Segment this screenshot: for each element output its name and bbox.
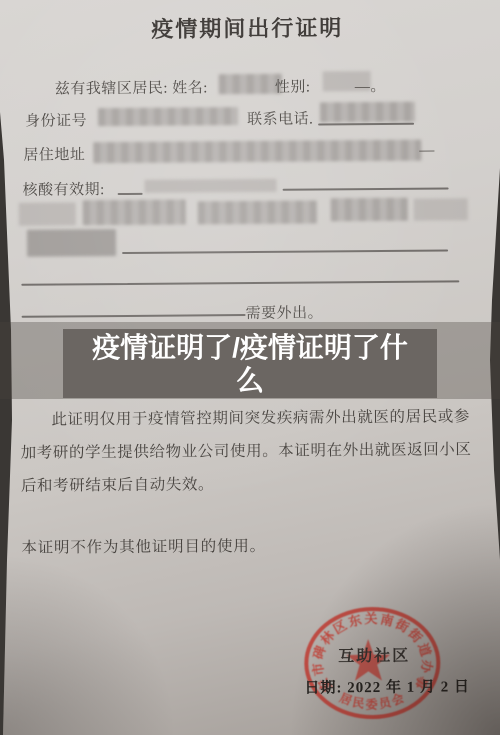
certificate-body-paragraph: 此证明仅用于疫情管控期间突发疾病需外出就医的居民或参加考研的学生提供给物业公司使… xyxy=(20,400,473,503)
line1-tail: —。 xyxy=(355,75,386,96)
address-tail: — xyxy=(419,143,435,160)
community-name: 互助社区 xyxy=(338,643,410,667)
certificate-note: 本证明不作为其他证明目的使用。 xyxy=(21,534,266,558)
redacted-name-value xyxy=(219,74,282,94)
caption-box: 疫情证明了/疫情证明了什 么 xyxy=(63,329,437,398)
blank-underline xyxy=(22,314,246,318)
document-photo: 疫情期间出行证明 兹有我辖区居民: 姓名: 性别: —。 身份证号 联系电话. … xyxy=(0,0,500,735)
need-out-text: 需要外出。 xyxy=(245,301,323,323)
address-label: 居住地址 xyxy=(23,143,85,164)
redacted-phone-value xyxy=(320,102,415,123)
redacted-text-block xyxy=(27,229,116,257)
redacted-text-block xyxy=(198,200,317,224)
caption-text-line1: 疫情证明了/疫情证明了什 xyxy=(63,331,437,364)
caption-overlay-band: 疫情证明了/疫情证明了什 么 xyxy=(0,322,500,399)
nat-long-underline xyxy=(283,187,449,190)
redacted-address-value xyxy=(93,140,421,164)
caption-text-line2: 么 xyxy=(63,364,437,397)
redacted-nat-value xyxy=(145,179,277,193)
redacted-text-block xyxy=(331,198,408,222)
phone-label: 联系电话. xyxy=(247,107,313,129)
nucleic-acid-label: 核酸有效期: xyxy=(23,178,105,200)
redacted-id-value xyxy=(98,107,238,126)
resident-name-label: 兹有我辖区居民: 姓名: xyxy=(55,76,208,98)
date-line: 日期: 2022 年 1 月 2 日 xyxy=(304,675,470,697)
blank-underline xyxy=(122,249,448,254)
nat-short-underline xyxy=(118,193,143,195)
redacted-text-block xyxy=(414,198,468,220)
phone-underline xyxy=(318,123,414,126)
redacted-text-block xyxy=(83,200,186,226)
certificate-title: 疫情期间出行证明 xyxy=(0,10,497,45)
gender-label: 性别: xyxy=(275,76,311,97)
blank-underline xyxy=(21,280,459,285)
redacted-text-block xyxy=(19,202,76,225)
id-number-label: 身份证号 xyxy=(25,109,87,130)
